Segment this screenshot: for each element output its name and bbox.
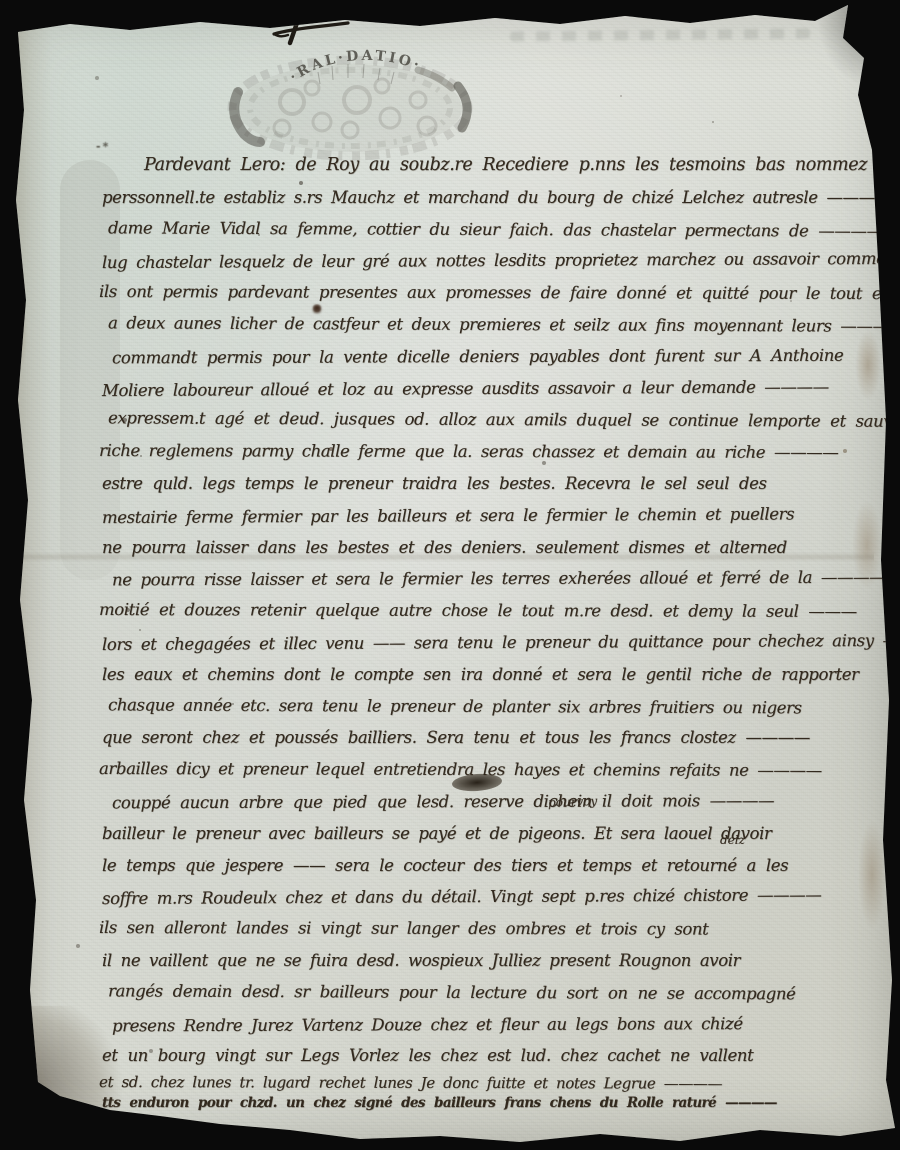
handwriting-line: moitié et douzes retenir quelque autre c… bbox=[99, 594, 879, 628]
handwriting-line: a deux aunes licher de castfeur et deux … bbox=[108, 307, 888, 342]
handwriting-line: commandt permis pour la vente dicelle de… bbox=[112, 339, 892, 374]
handwriting-line: Moliere laboureur alloué et loz au expre… bbox=[102, 371, 882, 407]
handwriting-line: les eaux et chemins dont le compte sen i… bbox=[102, 659, 882, 691]
handwriting-line: chasque année etc. sera tenu le preneur … bbox=[108, 689, 888, 724]
handwriting-line: riche reglemens parmy challe ferme que l… bbox=[99, 435, 879, 469]
handwriting-line: ne pourra risse laisser et sera le fermi… bbox=[112, 562, 892, 597]
handwriting-line: il ne vaillent que ne se fuira desd. wos… bbox=[102, 945, 882, 977]
handwriting-line: mestairie ferme fermier par les bailleur… bbox=[102, 498, 882, 534]
ink-speckles bbox=[0, 0, 2, 2]
manuscript-photo: ·RAL·DATIO· -* Pardevant Lero: de Roy au… bbox=[0, 0, 900, 1150]
paper-sheet: ·RAL·DATIO· -* Pardevant Lero: de Roy au… bbox=[0, 0, 900, 1150]
handwriting-line: ne pourra laisser dans les bestes et des… bbox=[102, 532, 882, 564]
interlinear-insertion: pourvoy bbox=[548, 794, 598, 810]
handwriting-line: dame Marie Vidal sa femme, cottier du si… bbox=[108, 212, 888, 247]
handwriting-line: rangés demain desd. sr bailleurs pour la… bbox=[108, 975, 888, 1010]
handwriting-line: lors et chegagées et illec venu —— sera … bbox=[102, 625, 882, 661]
handwriting-line: bailleur le preneur avec bailleurs se pa… bbox=[102, 818, 882, 850]
handwriting-line: et sd. chez lunes tr. lugard rechet lune… bbox=[99, 1067, 879, 1101]
handwriting-line: ils ont permis pardevant presentes aux p… bbox=[99, 276, 879, 310]
handwriting-line: que seront chez et poussés bailliers. Se… bbox=[102, 722, 882, 754]
ink-spot bbox=[312, 304, 322, 312]
handwriting-line: soffre m.rs Roudeulx chez et dans du dét… bbox=[102, 879, 882, 915]
handwriting-line: estre quld. legs temps le preneur traidr… bbox=[102, 468, 882, 500]
handwriting-block: Pardevant Lero: de Roy au soubz.re Reced… bbox=[102, 150, 882, 1120]
handwriting-line: expressem.t agé et deud. jusques od. all… bbox=[108, 403, 888, 438]
handwriting-line: presens Rendre Jurez Vartenz Douze chez … bbox=[112, 1007, 892, 1042]
handwriting-line: perssonnell.te establiz s.rs Mauchz et m… bbox=[102, 182, 882, 214]
handwriting-line: couppé aucun arbre que pied que lesd. re… bbox=[112, 785, 892, 820]
handwriting-line: Pardevant Lero: de Roy au soubz.re Reced… bbox=[102, 150, 882, 182]
revenue-stamp: ·RAL·DATIO· bbox=[222, 30, 482, 165]
handwriting-line: le temps que jespere —— sera le cocteur … bbox=[102, 850, 882, 882]
handwriting-line: lug chastelar lesquelz de leur gré aux n… bbox=[102, 243, 882, 279]
handwriting-line: ils sen alleront landes si vingt sur lan… bbox=[99, 912, 879, 946]
interlinear-insertion: delz bbox=[720, 833, 745, 847]
